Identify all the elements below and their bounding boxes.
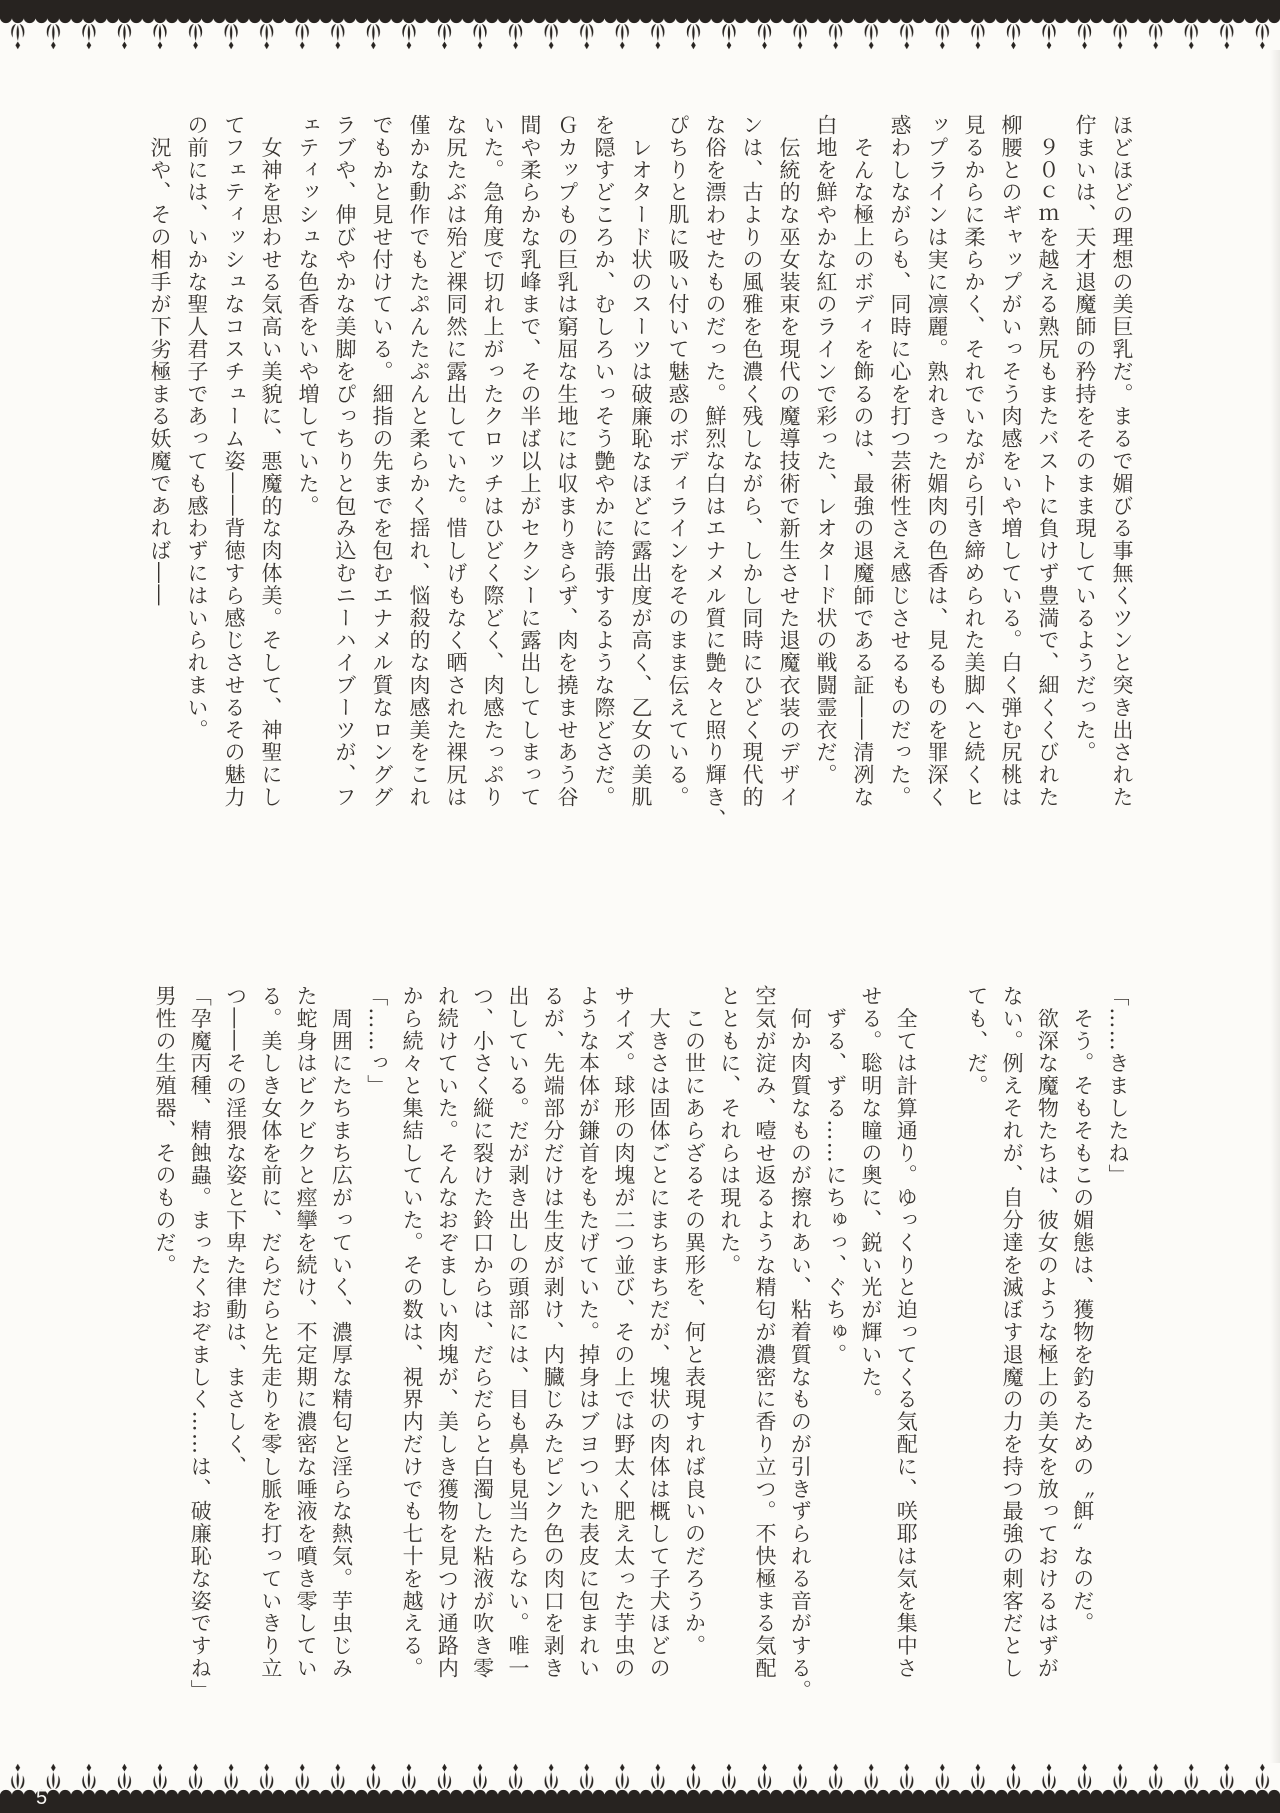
text-line: ても、だ。 bbox=[959, 985, 994, 1720]
text-line: を隠すどころか、むしろいっそう艶やかに誇張するような際どさだ。 bbox=[585, 114, 622, 849]
text-block-lower: 「……きましたね」 そう。そもそもこの媚態は、獲物を釣るための〝餌〟なのだ。 欲… bbox=[147, 985, 1135, 1720]
decorative-border-top bbox=[0, 0, 1280, 50]
text-line: 惑わしながらも、同時に心を打つ芸術性さえ感じさせるものだった。 bbox=[881, 114, 918, 849]
text-line: るが、先端部分だけは生皮が剥け、内臓じみたピンク色の肉口を剥き bbox=[535, 985, 570, 1720]
text-line: れ続けていた。そんなおぞましい肉塊が、美しき獲物を見つけ通路内 bbox=[429, 985, 464, 1720]
text-line: 出している。だが剥き出しの頭部には、目も鼻も見当たらない。唯一 bbox=[500, 985, 535, 1720]
text-line: そんな極上のボディを飾るのは、最強の退魔師である証――清冽な bbox=[844, 114, 881, 849]
text-line: この世にあらざるその異形を、何と表現すれば良いのだろうか。 bbox=[676, 985, 711, 1720]
text-line: 伝統的な巫女装束を現代の魔導技術で新生させた退魔衣装のデザイ bbox=[770, 114, 807, 849]
text-line: る。美しき女体を前に、だらだらと先走りを零し脈を打っていきり立 bbox=[253, 985, 288, 1720]
text-line: 欲深な魔物たちは、彼女のような極上の美女を放っておけるはずが bbox=[1029, 985, 1064, 1720]
text-line: とともに、それらは現れた。 bbox=[711, 985, 746, 1720]
text-line: 間や柔らかな乳峰まで、その半ば以上がセクシーに露出してしまって bbox=[511, 114, 548, 849]
text-line: から続々と集結していた。その数は、視界内だけでも七十を越える。 bbox=[394, 985, 429, 1720]
text-line: サイズ。球形の肉塊が二つ並び、その上では野太く肥え太った芋虫の bbox=[606, 985, 641, 1720]
text-line: ずる、ずる……にちゅっ、ぐちゅ。 bbox=[817, 985, 852, 1720]
text-line: いた。急角度で切れ上がったクロッチはひどく際どく、肉感たっぷり bbox=[474, 114, 511, 849]
text-line: ような本体が鎌首をもたげていた。掉身はブヨついた表皮に包まれい bbox=[570, 985, 605, 1720]
text-line: せる。聡明な瞳の奥に、鋭い光が輝いた。 bbox=[853, 985, 888, 1720]
text-line: 空気が淀み、噎せ返るような精匂が濃密に香り立つ。不快極まる気配 bbox=[747, 985, 782, 1720]
text-line: ラブや、伸びやかな美脚をぴっちりと包み込むニーハイブーツが、フ bbox=[326, 114, 363, 849]
scanned-page: ほどほどの理想の美巨乳だ。まるで媚びる事無くツンと突き出された佇まいは、天才退魔… bbox=[0, 0, 1280, 1813]
text-line: 「……きましたね」 bbox=[1100, 985, 1135, 1720]
text-line: でもかと見せ付けている。細指の先までを包むエナメル質なロンググ bbox=[363, 114, 400, 849]
scan-edge-shadow bbox=[1270, 50, 1280, 1763]
text-line: 全ては計算通り。ゆっくりと迫ってくる気配に、咲耶は気を集中さ bbox=[888, 985, 923, 1720]
text-line: 況や、その相手が下劣極まる妖魔であれば―― bbox=[141, 114, 178, 849]
text-line: 柳腰とのギャップがいっそう肉感をいや増している。白く弾む尻桃は bbox=[992, 114, 1029, 849]
text-line: 何か肉質なものが擦れあい、粘着質なものが引きずられる音がする。 bbox=[782, 985, 817, 1720]
text-line: そう。そもそもこの媚態は、獲物を釣るための〝餌〟なのだ。 bbox=[1064, 985, 1099, 1720]
text-line: 「……っ」 bbox=[358, 985, 393, 1720]
text-line: 僅かな動作でもたぷんたぷんと柔らかく揺れ、悩殺的な肉感美をこれ bbox=[400, 114, 437, 849]
text-line: 男性の生殖器、そのものだ。 bbox=[147, 985, 182, 1720]
text-line: ップラインは実に凛麗。熟れきった媚肉の色香は、見るものを罪深く bbox=[918, 114, 955, 849]
text-line: ぴちりと肌に吸い付いて魅惑のボディラインをそのまま伝えている。 bbox=[659, 114, 696, 849]
text-line bbox=[923, 985, 958, 1720]
text-line: た蛇身はビクビクと痙攣を続け、不定期に濃密な唾液を噴き零してい bbox=[288, 985, 323, 1720]
text-line: つ――その淫猥な姿と下卑た律動は、まさしく、 bbox=[217, 985, 252, 1720]
text-line: な尻たぶは殆ど裸同然に露出していた。惜しげもなく晒された裸尻は bbox=[437, 114, 474, 849]
text-line: 見るからに柔らかく、それでいながら引き締められた美脚へと続くヒ bbox=[955, 114, 992, 849]
text-line: の前には、いかな聖人君子であっても感わずにはいられまい。 bbox=[178, 114, 215, 849]
text-block-upper: ほどほどの理想の美巨乳だ。まるで媚びる事無くツンと突き出された佇まいは、天才退魔… bbox=[141, 114, 1140, 849]
decorative-border-bottom bbox=[0, 1763, 1280, 1813]
text-line: ンは、古よりの風雅を色濃く残しながら、しかし同時にひどく現代的 bbox=[733, 114, 770, 849]
text-line: ェティッシュな色香をいや増していた。 bbox=[289, 114, 326, 849]
text-line: ない。例えそれが、自分達を滅ぼす退魔の力を持つ最強の刺客だとし bbox=[994, 985, 1029, 1720]
text-line: 「孕魔丙種、精蝕蟲。まったくおぞましく……は、破廉恥な姿ですね」 bbox=[182, 985, 217, 1720]
text-line: てフェティッシュなコスチューム姿――背徳すら感じさせるその魅力 bbox=[215, 114, 252, 849]
text-line: レオタード状のスーツは破廉恥なほどに露出度が高く、乙女の美肌 bbox=[622, 114, 659, 849]
text-line: ９０ｃｍを越える熟尻もまたバストに負けず豊満で、細くくびれた bbox=[1029, 114, 1066, 849]
text-line: 女神を思わせる気高い美貌に、悪魔的な肉体美。そして、神聖にし bbox=[252, 114, 289, 849]
text-line: 佇まいは、天才退魔師の矜持をそのまま現しているようだった。 bbox=[1066, 114, 1103, 849]
text-line: 白地を鮮やかな紅のラインで彩った、レオタード状の戦闘霊衣だ。 bbox=[807, 114, 844, 849]
text-line: つ、小さく縦に裂けた鈴口からは、だらだらと白濁した粘液が吹き零 bbox=[464, 985, 499, 1720]
text-line: 周囲にたちまち広がっていく、濃厚な精匂と淫らな熱気。芋虫じみ bbox=[323, 985, 358, 1720]
text-line: な俗を漂わせたものだった。鮮烈な白はエナメル質に艶々と照り輝き、 bbox=[696, 114, 733, 849]
page-number: 5 bbox=[36, 1787, 47, 1810]
text-line: 大きさは固体ごとにまちまちだが、塊状の肉体は概して子犬ほどの bbox=[641, 985, 676, 1720]
text-line: ほどほどの理想の美巨乳だ。まるで媚びる事無くツンと突き出された bbox=[1103, 114, 1140, 849]
text-line: Ｇカップもの巨乳は窮屈な生地には収まりきらず、肉を撓ませあう谷 bbox=[548, 114, 585, 849]
